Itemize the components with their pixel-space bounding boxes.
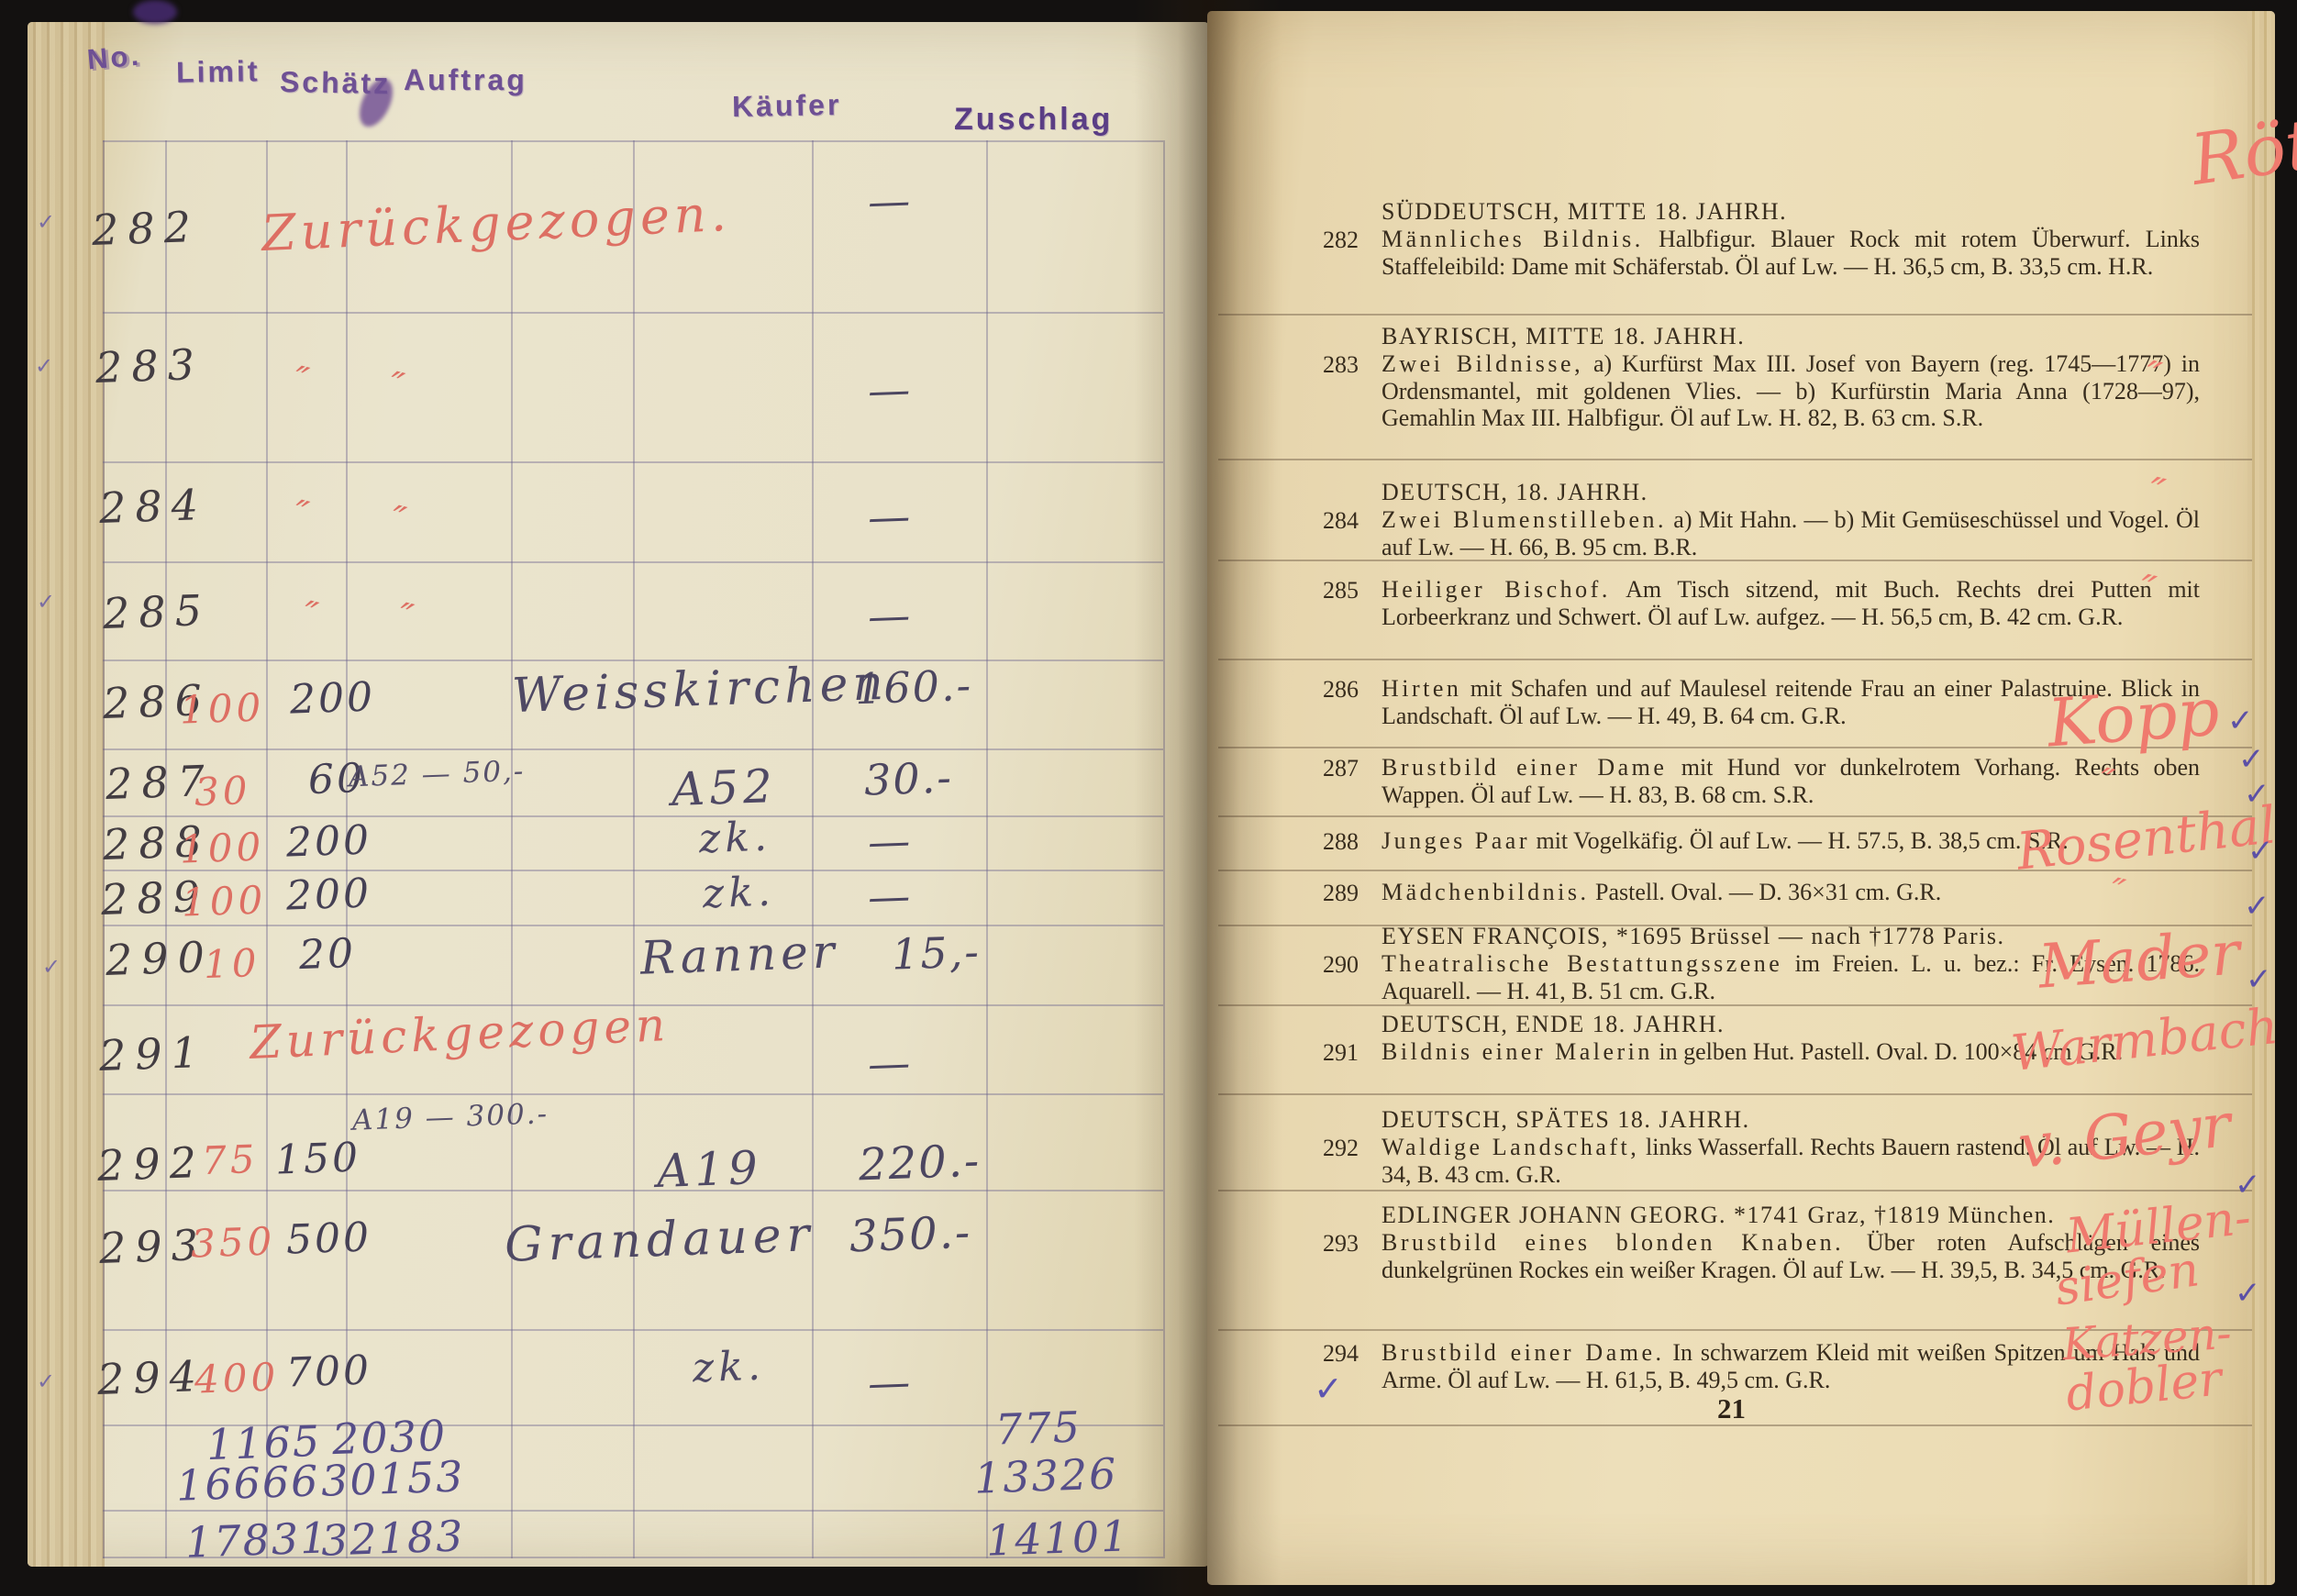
check-mark-icon: ✓ [1314,1369,1343,1409]
check-mark-icon: ✓ [2247,833,2274,870]
check-mark-icon: ✓ [42,954,61,980]
column-stamp-zuschlag: Zuschlag [954,102,1113,138]
lot-number: 288 [1323,828,1359,856]
ledger-no-283: 283 [94,339,205,393]
column-stamp-no: No. [86,39,143,77]
zuschlag-subtotal: 775 [994,1402,1082,1454]
check-mark-icon: ✓ [2227,703,2254,739]
check-mark-icon: ✓ [2238,741,2265,778]
check-mark-icon: ✓ [35,353,53,379]
ledger-no-291: 291 [98,1027,208,1081]
ledger-zuschlag-288: — [867,815,913,867]
book-gutter [1134,0,1281,1596]
ledger-kaeufer-294: zk. [692,1343,766,1392]
lot-title: Brustbild einer Dame. [1382,1339,1665,1366]
zuschlag-grand-total: 14101 [985,1511,1130,1565]
margin-buyer-286: Kopp [2045,673,2222,762]
zuschlag-carryover: 13326 [973,1448,1118,1502]
ledger-limit-293: 350 [190,1218,276,1266]
ledger-zuschlag-291: — [867,1037,913,1089]
ledger-schaetz-292: 150 [274,1134,361,1183]
lot-description: mit Vogelkäfig. Öl auf Lw. — H. 57.5, B.… [1536,827,2068,854]
lot-number: 292 [1323,1135,1359,1162]
ledger-schaetz-293: 500 [285,1214,372,1263]
auction-ledger-scan: No. Limit Schätz Auftrag Käufer Zuschlag… [0,0,2297,1596]
catalog-entry-284: DEUTSCH, 18. JAHRH. 284Zwei Blumenstille… [1323,479,2200,560]
ledger-auftrag-292: A19 — 300.- [351,1097,549,1136]
check-mark-icon: ✓ [2246,961,2272,998]
column-stamp-auftrag: Auftrag [404,63,527,97]
column-stamp-limit: Limit [176,54,261,90]
lot-number: 287 [1323,755,1359,782]
lot-number: 291 [1323,1039,1359,1067]
ledger-limit-290: 10 [203,940,261,987]
ledger-zuschlag-290: 15,- [891,926,982,979]
ledger-zuschlag-289: — [867,870,913,922]
lot-number: 294 [1323,1340,1359,1368]
check-mark-icon: ✓ [37,209,55,235]
ledger-zuschlag-287: 30.- [863,752,954,804]
ledger-no-290: 290 [105,932,215,985]
lot-title: Zwei Blumenstilleben. [1382,506,1667,533]
lot-title: Zwei Bildnisse, [1382,350,1583,377]
ledger-kaeufer-290: Ranner [639,925,839,985]
ledger-schaetz-290: 20 [298,930,357,979]
artist-header: BAYRISCH, MITTE 18. JAHRH. [1382,323,2200,350]
lot-title: Theatralische Bestattungsszene [1382,950,1782,977]
lot-description: Pastell. Oval. — D. 36×31 cm. G.R. [1595,879,1941,905]
ledger-schaetz-289: 200 [285,870,372,919]
check-mark-icon: ✓ [2235,1167,2261,1203]
ledger-no-284: 284 [98,480,208,533]
catalog-entry-282: SÜDDEUTSCH, MITTE 18. JAHRH. 282Männlich… [1323,198,2200,280]
ledger-schaetz-288: 200 [285,816,372,866]
lot-title: Junges Paar [1382,827,1530,854]
ledger-zuschlag-282: — [867,175,913,227]
ledger-no-285: 285 [102,585,212,638]
column-stamp-schaetz: Schätz [280,65,392,101]
lot-number: 286 [1323,676,1359,704]
ledger-limit-286: 100 [179,684,265,732]
ledger-schaetz-294: 700 [285,1347,372,1396]
ledger-no-294: 294 [96,1351,206,1404]
ledger-zuschlag-294: — [867,1357,913,1408]
margin-buyer-290: Mader [2036,917,2243,1002]
schaetz-grand-total: 32183 [320,1511,465,1565]
check-mark-icon: ✓ [37,589,55,615]
ledger-limit-294: 400 [194,1354,280,1402]
lot-title: Brustbild eines blonden Knaben. [1382,1229,1844,1256]
artist-header: SÜDDEUTSCH, MITTE 18. JAHRH. [1382,198,2200,226]
rule-line [812,140,814,1558]
ink-smudge [133,0,177,24]
ledger-zuschlag-286: 160.- [854,660,973,714]
lot-number: 285 [1323,577,1359,604]
ledger-zuschlag-285: — [867,590,913,641]
ledger-no-282: 282 [91,202,201,255]
limit-grand-total: 17831 [184,1513,329,1567]
catalog-entry-289: 289Mädchenbildnis. Pastell. Oval. — D. 3… [1323,879,2200,906]
rule-line [633,140,635,1558]
page-number: 21 [1717,1392,1746,1425]
lot-number: 282 [1323,227,1359,254]
catalog-entry-287: 287Brustbild einer Dame mit Hund vor dun… [1323,754,2200,808]
check-mark-icon: ✓ [2244,888,2270,925]
ledger-kaeufer-287: A52 [671,759,778,816]
lot-title: Heiliger Bischof. [1382,576,1611,603]
rule-line [1218,459,2252,460]
catalog-entry-283: BAYRISCH, MITTE 18. JAHRH. 283Zwei Bildn… [1323,323,2200,432]
check-mark-icon: ✓ [37,1369,55,1394]
column-stamp-kaeufer: Käufer [732,88,842,124]
ledger-no-292: 292 [96,1137,206,1191]
lot-number: 293 [1323,1230,1359,1258]
ledger-zuschlag-292: 220.- [858,1136,982,1191]
ledger-limit-287: 30 [194,768,251,815]
rule-line [511,140,513,1558]
ledger-limit-289: 100 [181,877,267,925]
lot-title: Brustbild einer Dame [1382,754,1667,781]
lot-title: Hirten [1382,675,1461,702]
rule-line [986,140,988,1558]
rule-line [266,140,268,1558]
rule-line [1218,1093,2252,1095]
lot-title: Bildnis einer Malerin [1382,1038,1653,1065]
ledger-zuschlag-293: 350.- [849,1207,972,1263]
lot-number: 283 [1323,351,1359,379]
rule-line [1218,1190,2252,1191]
ledger-kaeufer-293: Grandauer [504,1207,816,1273]
ledger-auftrag-287: A52 — 50,- [348,755,525,794]
ledger-schaetz-286: 200 [289,673,376,723]
artist-header: DEUTSCH, 18. JAHRH. [1382,479,2200,506]
schaetz-carryover: 30153 [320,1451,465,1505]
lot-number: 290 [1323,951,1359,979]
ledger-limit-288: 100 [179,824,265,871]
rule-line [1218,659,2252,660]
lot-title: Mädchenbildnis. [1382,879,1590,905]
lot-title: Waldige Landschaft, [1382,1134,1639,1160]
lot-number: 289 [1323,880,1359,907]
ledger-kaeufer-288: zk. [698,814,772,863]
ledger-zuschlag-284: — [867,491,913,542]
lot-title: Männliches Bildnis. [1382,226,1644,252]
lot-number: 284 [1323,507,1359,535]
limit-carryover: 16666 [175,1456,320,1510]
check-mark-icon: ✓ [2244,776,2270,813]
ledger-kaeufer-292: A19 [656,1141,763,1198]
check-mark-icon: ✓ [2235,1275,2261,1312]
ledger-zuschlag-283: — [867,364,913,416]
ledger-limit-292: 75 [201,1136,259,1183]
ledger-kaeufer-289: zk. [702,869,776,918]
rule-line [1218,1004,2252,1006]
catalog-entry-285: 285Heiliger Bischof. Am Tisch sitzend, m… [1323,576,2200,630]
rule-line [1218,314,2252,316]
